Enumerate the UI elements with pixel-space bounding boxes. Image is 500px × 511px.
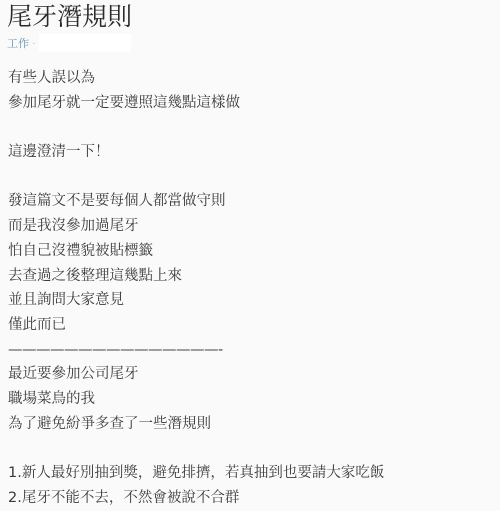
body-line: 最近要參加公司尾牙: [8, 362, 496, 387]
body-line: 職場菜鳥的我: [8, 387, 496, 412]
post-title: 尾牙潛規則: [7, 0, 132, 34]
meta-separator: ·: [32, 37, 36, 50]
text-divider: ———————————————-: [8, 338, 496, 363]
redacted-author: [39, 34, 131, 52]
post-body: 有些人誤以為 參加尾牙就一定要遵照這幾點這樣做 這邊澄清一下！ 發這篇文不是要每…: [8, 66, 496, 510]
body-line: 這邊澄清一下！: [8, 140, 496, 165]
body-line-rule-1: 1.新人最好別抽到獎，避免排擠，若真抽到也要請大家吃飯: [8, 461, 496, 486]
body-line-rule-2: 2.尾牙不能不去，不然會被說不合群: [8, 486, 496, 511]
body-line: 有些人誤以為: [8, 66, 496, 91]
body-line: 參加尾牙就一定要遵照這幾點這樣做: [8, 91, 496, 116]
body-line: 怕自己沒禮貌被貼標籤: [8, 239, 496, 264]
body-line: 為了避免紛爭多查了一些潛規則: [8, 412, 496, 437]
body-line: 而是我沒參加過尾牙: [8, 214, 496, 239]
body-line: 僅此而已: [8, 313, 496, 338]
body-line: 發這篇文不是要每個人都當做守則: [8, 189, 496, 214]
body-line: 去查過之後整理這幾點上來: [8, 264, 496, 289]
board-link[interactable]: 工作: [7, 35, 29, 51]
body-line: 並且詢問大家意見: [8, 288, 496, 313]
body-line-blank: [8, 115, 496, 140]
body-line-blank: [8, 165, 496, 190]
post-meta: 工作 ·: [7, 34, 131, 52]
body-line-blank: [8, 436, 496, 461]
